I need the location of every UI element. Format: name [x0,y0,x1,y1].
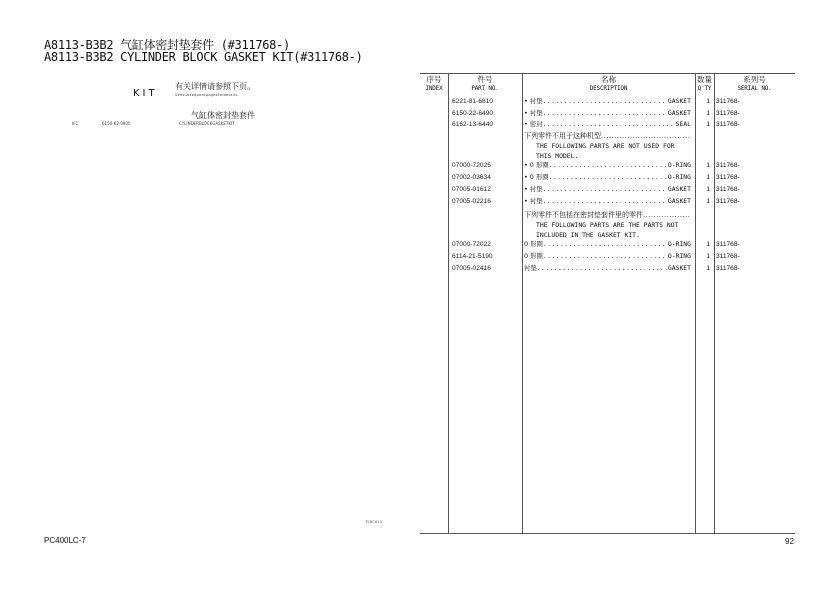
col-divider [522,73,523,533]
description: 0 形圈....................................… [524,239,691,251]
description-cn: • 0 形圈 [524,172,549,184]
header-description: 名称 DESCRIPTION [522,75,695,93]
description-en: SEAL [675,119,691,131]
note-cn-text: 下列零件不包括在密封垫套件里的零件 [524,210,643,220]
description: • 衬垫....................................… [524,108,691,120]
table-row: 6221-81-6810• 衬垫........................… [420,96,795,108]
serial-number: 311768- [716,172,740,184]
kit-index: K-1 [72,121,78,126]
kit-name-cn: 气缸体密封垫套件 [191,110,255,121]
kit-label: KIT [133,88,158,99]
leader-dots: ........................................… [543,184,667,196]
note-en-line2: THIS MODEL. [524,151,691,161]
col-divider [448,73,449,533]
description-en: GASKET [667,108,691,120]
quantity: 1 [696,263,710,275]
leader-dots: ........................................… [537,263,667,275]
description-cn: • 衬垫 [524,184,543,196]
description: 0 形圈....................................… [524,251,691,263]
see-next-page-note-en: Seesubsequentpagesfordetails. [175,93,239,97]
kit-part-number: 6150-K2-9900 [102,121,130,126]
table-row: 07005-01612• 衬垫.........................… [420,184,795,196]
quantity: 1 [696,251,710,263]
table-row: 07005-02416衬垫...........................… [420,263,795,275]
serial-number: 311768- [716,239,740,251]
part-number: 07000-72022 [452,239,491,251]
table-top-rule [420,73,795,74]
description-en: GASKET [667,96,691,108]
header-index: 序号 INDEX [420,75,448,93]
table-row: 07000-720220 形圈.........................… [420,239,795,251]
header-serial: 系列号 SERIAL NO. [714,75,795,93]
note-cn: 下列零件不包括在密封垫套件里的零件.......................… [524,210,691,220]
part-number: 07000-72025 [452,160,491,172]
note-cn-text: 下列零件不用于这种机型 [524,131,601,141]
quantity: 1 [696,172,710,184]
part-number: 07002-03634 [452,172,491,184]
leader-dots: ........................................… [543,108,667,120]
serial-number: 311768- [716,96,740,108]
footer-model: PC400LC-7 [44,536,86,545]
serial-number: 311768- [716,119,740,131]
part-number: 07005-02416 [452,263,491,275]
col-divider [714,73,715,533]
description-en: GASKET [667,184,691,196]
leader-dots: ........................................… [543,119,675,131]
quantity: 1 [696,108,710,120]
description: • 0 形圈..................................… [524,172,691,184]
description-cn: • 密封 [524,119,543,131]
part-number: 6162-13-6440 [452,119,493,131]
note-cn: 下列零件不用于这种机型.............................… [524,131,691,141]
leader-dots: ........................................… [601,131,691,141]
see-next-page-note-cn: 有关详情请参照下页。 [175,81,255,92]
leader-dots: ........................................… [549,160,667,172]
quantity: 1 [696,239,710,251]
note-en-line1: THE FOLLOWING PARTS ARE THE PARTS NOT [524,220,691,230]
description-cn: • 衬垫 [524,196,543,208]
serial-number: 311768- [716,251,740,263]
description: • 衬垫....................................… [524,96,691,108]
table-row: 07000-72025• 0 形圈.......................… [420,160,795,172]
serial-number: 311768- [716,108,740,120]
table-note: 下列零件不用于这种机型.............................… [524,131,691,161]
description-cn: 0 形圈 [524,251,543,263]
table-note: 下列零件不包括在密封垫套件里的零件.......................… [524,210,691,240]
description-cn: • 0 形圈 [524,160,549,172]
table-bottom-rule [420,533,795,534]
part-number: 6221-81-6810 [452,96,493,108]
table-row: 07005-02216• 衬垫.........................… [420,196,795,208]
table-row: 07002-03634• 0 形圈.......................… [420,172,795,184]
serial-number: 311768- [716,160,740,172]
serial-number: 311768- [716,184,740,196]
description: • 密封....................................… [524,119,691,131]
table-row: 6114-21-51900 形圈........................… [420,251,795,263]
quantity: 1 [696,196,710,208]
leader-dots: ........................................… [543,196,667,208]
leader-dots: ........................................… [543,239,667,251]
table-row: 6162-13-6440• 密封........................… [420,119,795,131]
illustration-code: PJ8C610 [366,520,383,524]
header-part-no: 件号 PART NO. [448,75,522,93]
serial-number: 311768- [716,196,740,208]
quantity: 1 [696,184,710,196]
part-number: 6150-22-6490 [452,108,493,120]
leader-dots: ........................................… [549,172,667,184]
description: • 衬垫....................................… [524,196,691,208]
header-qty: 数量 Q'TY [695,75,714,93]
description-cn: 0 形圈 [524,239,543,251]
leader-dots: ........................................… [643,210,691,220]
description-cn: 衬垫 [524,263,537,275]
table-row: 6150-22-6490• 衬垫........................… [420,108,795,120]
description-en: O-RING [667,239,691,251]
description: • 衬垫....................................… [524,184,691,196]
description-en: GASKET [667,263,691,275]
description-cn: • 衬垫 [524,96,543,108]
description-cn: • 衬垫 [524,108,543,120]
col-divider [695,73,696,533]
kit-name-en: CYLINDERBLOCKGASKETKIT [179,121,235,126]
quantity: 1 [696,119,710,131]
description: • 0 形圈..................................… [524,160,691,172]
quantity: 1 [696,96,710,108]
description-en: O-RING [667,251,691,263]
leader-dots: ........................................… [543,251,667,263]
note-en-line1: THE FOLLOWING PARTS ARE NOT USED FOR [524,141,691,151]
serial-number: 311768- [716,263,740,275]
description-en: O-RING [667,172,691,184]
leader-dots: ........................................… [543,96,667,108]
description-en: GASKET [667,196,691,208]
note-en-line2: INCLUDED IN THE GASKET KIT. [524,230,691,240]
part-number: 6114-21-5190 [452,251,493,263]
quantity: 1 [696,160,710,172]
page-title-en: A8113-B3B2 CYLINDER BLOCK GASKET KIT(#31… [44,51,363,64]
part-number: 07005-02216 [452,196,491,208]
page-number: 92 [785,537,794,546]
description-en: O-RING [667,160,691,172]
description: 衬垫......................................… [524,263,691,275]
part-number: 07005-01612 [452,184,491,196]
